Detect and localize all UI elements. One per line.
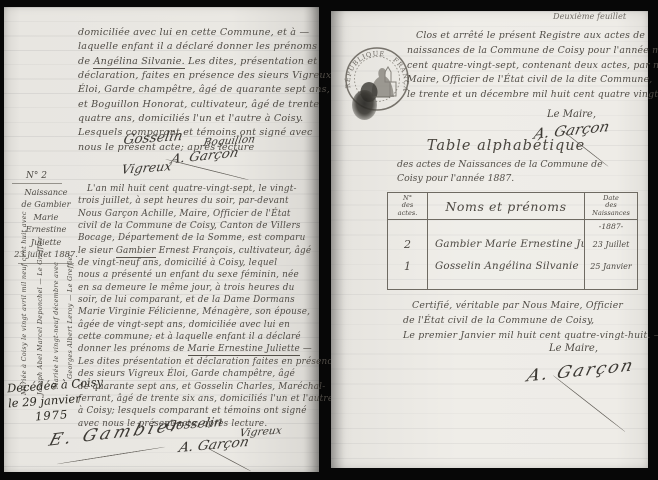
mayor-signature: A. Garçon (525, 356, 637, 387)
signature-flourish (57, 446, 166, 464)
underlined-child-name: Angélina Silvanie. (93, 56, 184, 69)
act-number-label: N° 2 (12, 170, 62, 184)
empty-cell (428, 220, 585, 233)
closing-line: le trente et un décembre mil huit cent q… (407, 88, 658, 103)
table-subtitle: Coisy pour l'année 1887. (397, 173, 514, 184)
act-line: de vingt-neuf ans, domicilié à Coisy, le… (78, 257, 338, 269)
act-line: des sieurs Vigreux Éloi, Garde champêtre… (78, 368, 338, 380)
act-line: Les dites présentation et déclaration fa… (78, 356, 338, 368)
closing-line: Clos et arrêté le présent Registre aux a… (407, 29, 658, 44)
act-line: quatre ans, domiciliés l'un et l'autre à… (78, 112, 331, 126)
column-header-names: Noms et prénoms (428, 193, 585, 220)
table-subtitle: des actes de Naissances de la Commune de (397, 159, 603, 170)
signature-flourish (552, 375, 625, 432)
closing-line: cent quatre-vingt-sept, contenant deux a… (407, 59, 658, 74)
act-line: cette commune; et à laquelle enfant il a… (78, 331, 338, 343)
signature-garcon: A. Garçon (177, 434, 250, 456)
act-line: Nous Garçon Achille, Maire, Officier de … (78, 208, 338, 220)
act-line: civil de la Commune de Coisy, Canton de … (78, 220, 338, 232)
certification-statement: Certifié, véritable par Nous Maire, Offi… (403, 298, 658, 344)
certification-line: Le premier Janvier mil huit cent quatre-… (403, 328, 658, 343)
right-register-page: Deuxième feuillet RÉPUBLIQUE FRANÇAISE C… (331, 11, 648, 468)
empty-cell (585, 277, 637, 289)
act-line: donner les prénoms de Marie Ernestine Ju… (78, 343, 338, 355)
act-line: le sieur Gambier Ernest François, cultiv… (78, 245, 338, 257)
act-line: nous a présenté un enfant du sexe fémini… (78, 269, 338, 281)
act-line: domiciliée avec lui en cette Commune, et… (78, 26, 331, 40)
header-line: Naissances (592, 210, 630, 218)
republique-francaise-seal: RÉPUBLIQUE FRANÇAISE (338, 40, 416, 118)
act-line-text: donner les prénoms de (78, 344, 188, 354)
act-line-text: de (78, 56, 93, 67)
underlined-surname: Gambier (116, 246, 156, 258)
act-line: en sa demeure le même jour, à trois heur… (78, 282, 338, 294)
marriage-margin-mention: Mariée à Coisy le vingt avril mil neuf c… (20, 211, 28, 395)
header-line: actes. (398, 210, 418, 218)
act-line-text: le sieur (78, 246, 116, 256)
act-line: ferrant, âgé de trente six ans, domicili… (78, 393, 338, 405)
marriage-margin-mention: Mariée le vingt-neuf décembre avec (52, 262, 60, 389)
seal-graphic: RÉPUBLIQUE FRANÇAISE (338, 40, 416, 118)
act2-birth-record: L'an mil huit cent quatre-vingt-sept, le… (78, 183, 338, 430)
empty-cell (388, 277, 428, 289)
act-line: de Angélina Silvanie. Les dites, présent… (78, 55, 331, 69)
scanned-register-spread: { "colors": { "background": "#070707", "… (0, 0, 658, 480)
date-cell: 23 Juillet (585, 233, 637, 255)
act-line: âgée de vingt-sept ans, domiciliée avec … (78, 319, 338, 331)
act-line: laquelle enfant il a déclaré donner les … (78, 40, 331, 54)
act-line-text: — (300, 344, 312, 354)
certification-line: Certifié, véritable par Nous Maire, Offi… (403, 298, 658, 313)
closing-line: Maire, Officier de l'État civil de la di… (407, 73, 658, 88)
signature-gosselin: Gosselin (164, 415, 223, 434)
column-header-birthdate: Date des Naissances (585, 193, 637, 220)
underlined-child-name: Marie Ernestine Juliette (188, 344, 300, 356)
date-cell: 25 Janvier (585, 255, 637, 277)
act-line-text: Les dites, présentation et (185, 56, 317, 67)
closing-line: naissances de la Commune de Coisy pour l… (407, 44, 658, 59)
empty-cell (388, 220, 428, 233)
act-line: soir, de lui comparant, et de la Dame Do… (78, 294, 338, 306)
act-line: L'an mil huit cent quatre-vingt-sept, le… (78, 183, 338, 195)
year-label-cell: -1887- (585, 220, 637, 233)
certification-line: de l'État civil de la Commune de Coisy, (403, 313, 658, 328)
act-line: trois juillet, à sept heures du soir, pa… (78, 195, 338, 207)
signature-vigreux: Vigreux (120, 158, 173, 176)
marriage-margin-mention: Joseph Abel Marcel Deponchel — Le Greffi… (36, 237, 44, 395)
act-line: Éloi, Garde champêtre, âgé de quarante s… (78, 83, 331, 97)
name-cell: Gambier Marie Ernestine Juliette (428, 233, 585, 255)
folio-annotation: Deuxième feuillet (553, 11, 626, 21)
alphabetical-index-table: N° des actes. Noms et prénoms Date des N… (387, 192, 638, 290)
act-line: de quarante sept ans, et Gosselin Charle… (78, 381, 338, 393)
act-line: Marie Virginie Félicienne, Ménagère, son… (78, 306, 338, 318)
register-closing-statement: Clos et arrêté le présent Registre aux a… (407, 29, 658, 103)
act-line: et Boguillon Honorat, cultivateur, âgé d… (78, 98, 331, 112)
empty-cell (428, 277, 585, 289)
name-cell: Gosselin Angélina Silvanie (428, 255, 585, 277)
table-title: Table alphabétique (391, 138, 621, 154)
le-maire-label: Le Maire, (549, 343, 598, 354)
act-line: Bocage, Département de la Somme, est com… (78, 232, 338, 244)
marriage-margin-mention: Georges Albert Leroy — Le Greffier (66, 253, 74, 379)
margin-note-line: Naissance (12, 186, 80, 199)
column-header-act-number: N° des actes. (388, 193, 428, 220)
ink-stamp-blot (352, 90, 377, 120)
le-maire-label: Le Maire, (547, 109, 596, 120)
left-register-page: domiciliée avec lui en cette Commune, et… (4, 7, 319, 472)
act-line-text: Ernest François, cultivateur, âgé (156, 246, 312, 256)
act-number-cell: 2 (388, 233, 428, 255)
act-number-cell: 1 (388, 255, 428, 277)
act-line: déclaration, faites en présence des sieu… (78, 69, 331, 83)
